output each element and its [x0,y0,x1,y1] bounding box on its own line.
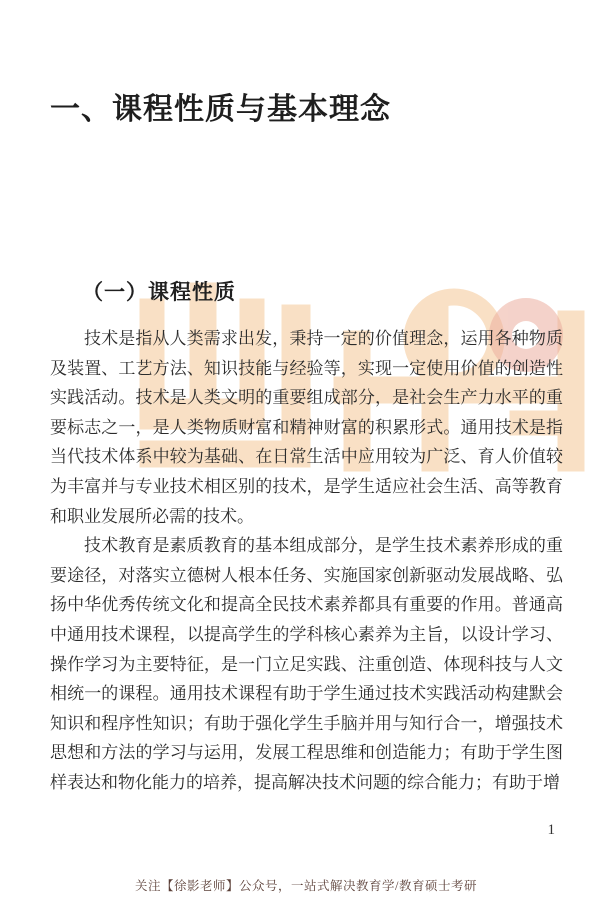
paragraph-1: 技术是指从人类需求出发，秉持一定的价值理念，运用各种物质及装置、工艺方法、知识技… [50,324,563,531]
body-text: 技术是指从人类需求出发，秉持一定的价值理念，运用各种物质及装置、工艺方法、知识技… [50,324,563,798]
page-number: 1 [548,822,556,839]
page-title: 一、课程性质与基本理念 [50,84,562,128]
document-page: 一、课程性质与基本理念 （一）课程性质 技术是指从人类需求出发，秉持一定的价值理… [0,0,612,921]
section-heading: （一）课程性质 [82,276,236,306]
paragraph-2: 技术教育是素质教育的基本组成部分，是学生技术素养形成的重要途径，对落实立德树人根… [50,531,563,797]
footer-note: 关注【徐影老师】公众号，一站式解决教育学/教育硕士考研 [0,876,612,894]
